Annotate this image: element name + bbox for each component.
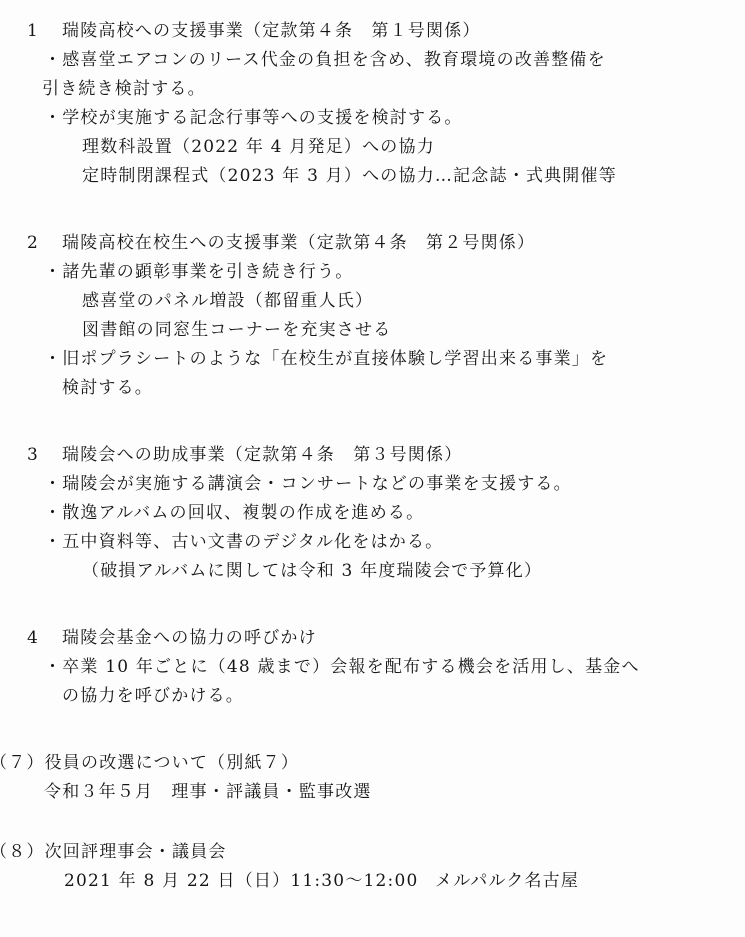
section-4-line-1: ・卒業 10 年ごとに（48 歳まで）会報を配布する機会を活用し、基金へ [44, 656, 640, 678]
section-3-number: 3 [27, 444, 39, 466]
section-1-line-2: 引き続き検討する。 [42, 78, 206, 100]
section-3-line-4: （破損アルバムに関しては令和 3 年度瑞陵会で予算化） [82, 560, 542, 582]
item-7-detail: 令和３年５月 理事・評議員・監事改選 [44, 781, 372, 803]
item-8-datetime: 2021 年 8 月 22 日（日）11:30～12:00 [64, 870, 419, 892]
section-4-number: 4 [27, 627, 39, 649]
section-2-number: 2 [27, 232, 39, 254]
section-1-title: 瑞陵高校への支援事業（定款第４条 第１号関係） [62, 20, 481, 42]
section-2-line-4: ・旧ポプラシートのような「在校生が直接体験し学習出来る事業」を [44, 348, 608, 370]
section-2-line-5: 検討する。 [62, 377, 153, 399]
section-4-line-2: の協力を呼びかける。 [62, 685, 244, 707]
section-1-line-4: 理数科設置（2022 年 4 月発足）への協力 [82, 136, 435, 158]
section-2-line-2: 感喜堂のパネル増設（都留重人氏） [82, 290, 373, 312]
section-1-number: 1 [27, 20, 39, 42]
section-3-line-3: ・五中資料等、古い文書のデジタル化をはかる。 [44, 531, 443, 553]
section-4-title: 瑞陵会基金への協力の呼びかけ [62, 627, 317, 649]
item-7-heading: （７）役員の改選について（別紙７） [0, 752, 299, 774]
section-2-line-3: 図書館の同窓生コーナーを充実させる [82, 319, 391, 341]
section-1-line-3: ・学校が実施する記念行事等への支援を検討する。 [44, 107, 463, 129]
section-3-line-2: ・散逸アルバムの回収、複製の作成を進める。 [44, 502, 424, 524]
section-2-line-1: ・諸先輩の顕彰事業を引き続き行う。 [44, 261, 353, 283]
section-3-line-1: ・瑞陵会が実施する講演会・コンサートなどの事業を支援する。 [44, 473, 572, 495]
section-1-line-5: 定時制閉課程式（2023 年 3 月）への協力…記念誌・式典開催等 [82, 165, 617, 187]
item-8-venue: メルパルク名古屋 [435, 870, 579, 892]
item-8-heading: （８）次回評理事会・議員会 [0, 841, 227, 863]
section-3-title: 瑞陵会への助成事業（定款第４条 第３号関係） [62, 444, 462, 466]
section-1-line-1: ・感喜堂エアコンのリース代金の負担を含め、教育環境の改善整備を [44, 49, 606, 71]
section-2-title: 瑞陵高校在校生への支援事業（定款第４条 第２号関係） [62, 232, 535, 254]
